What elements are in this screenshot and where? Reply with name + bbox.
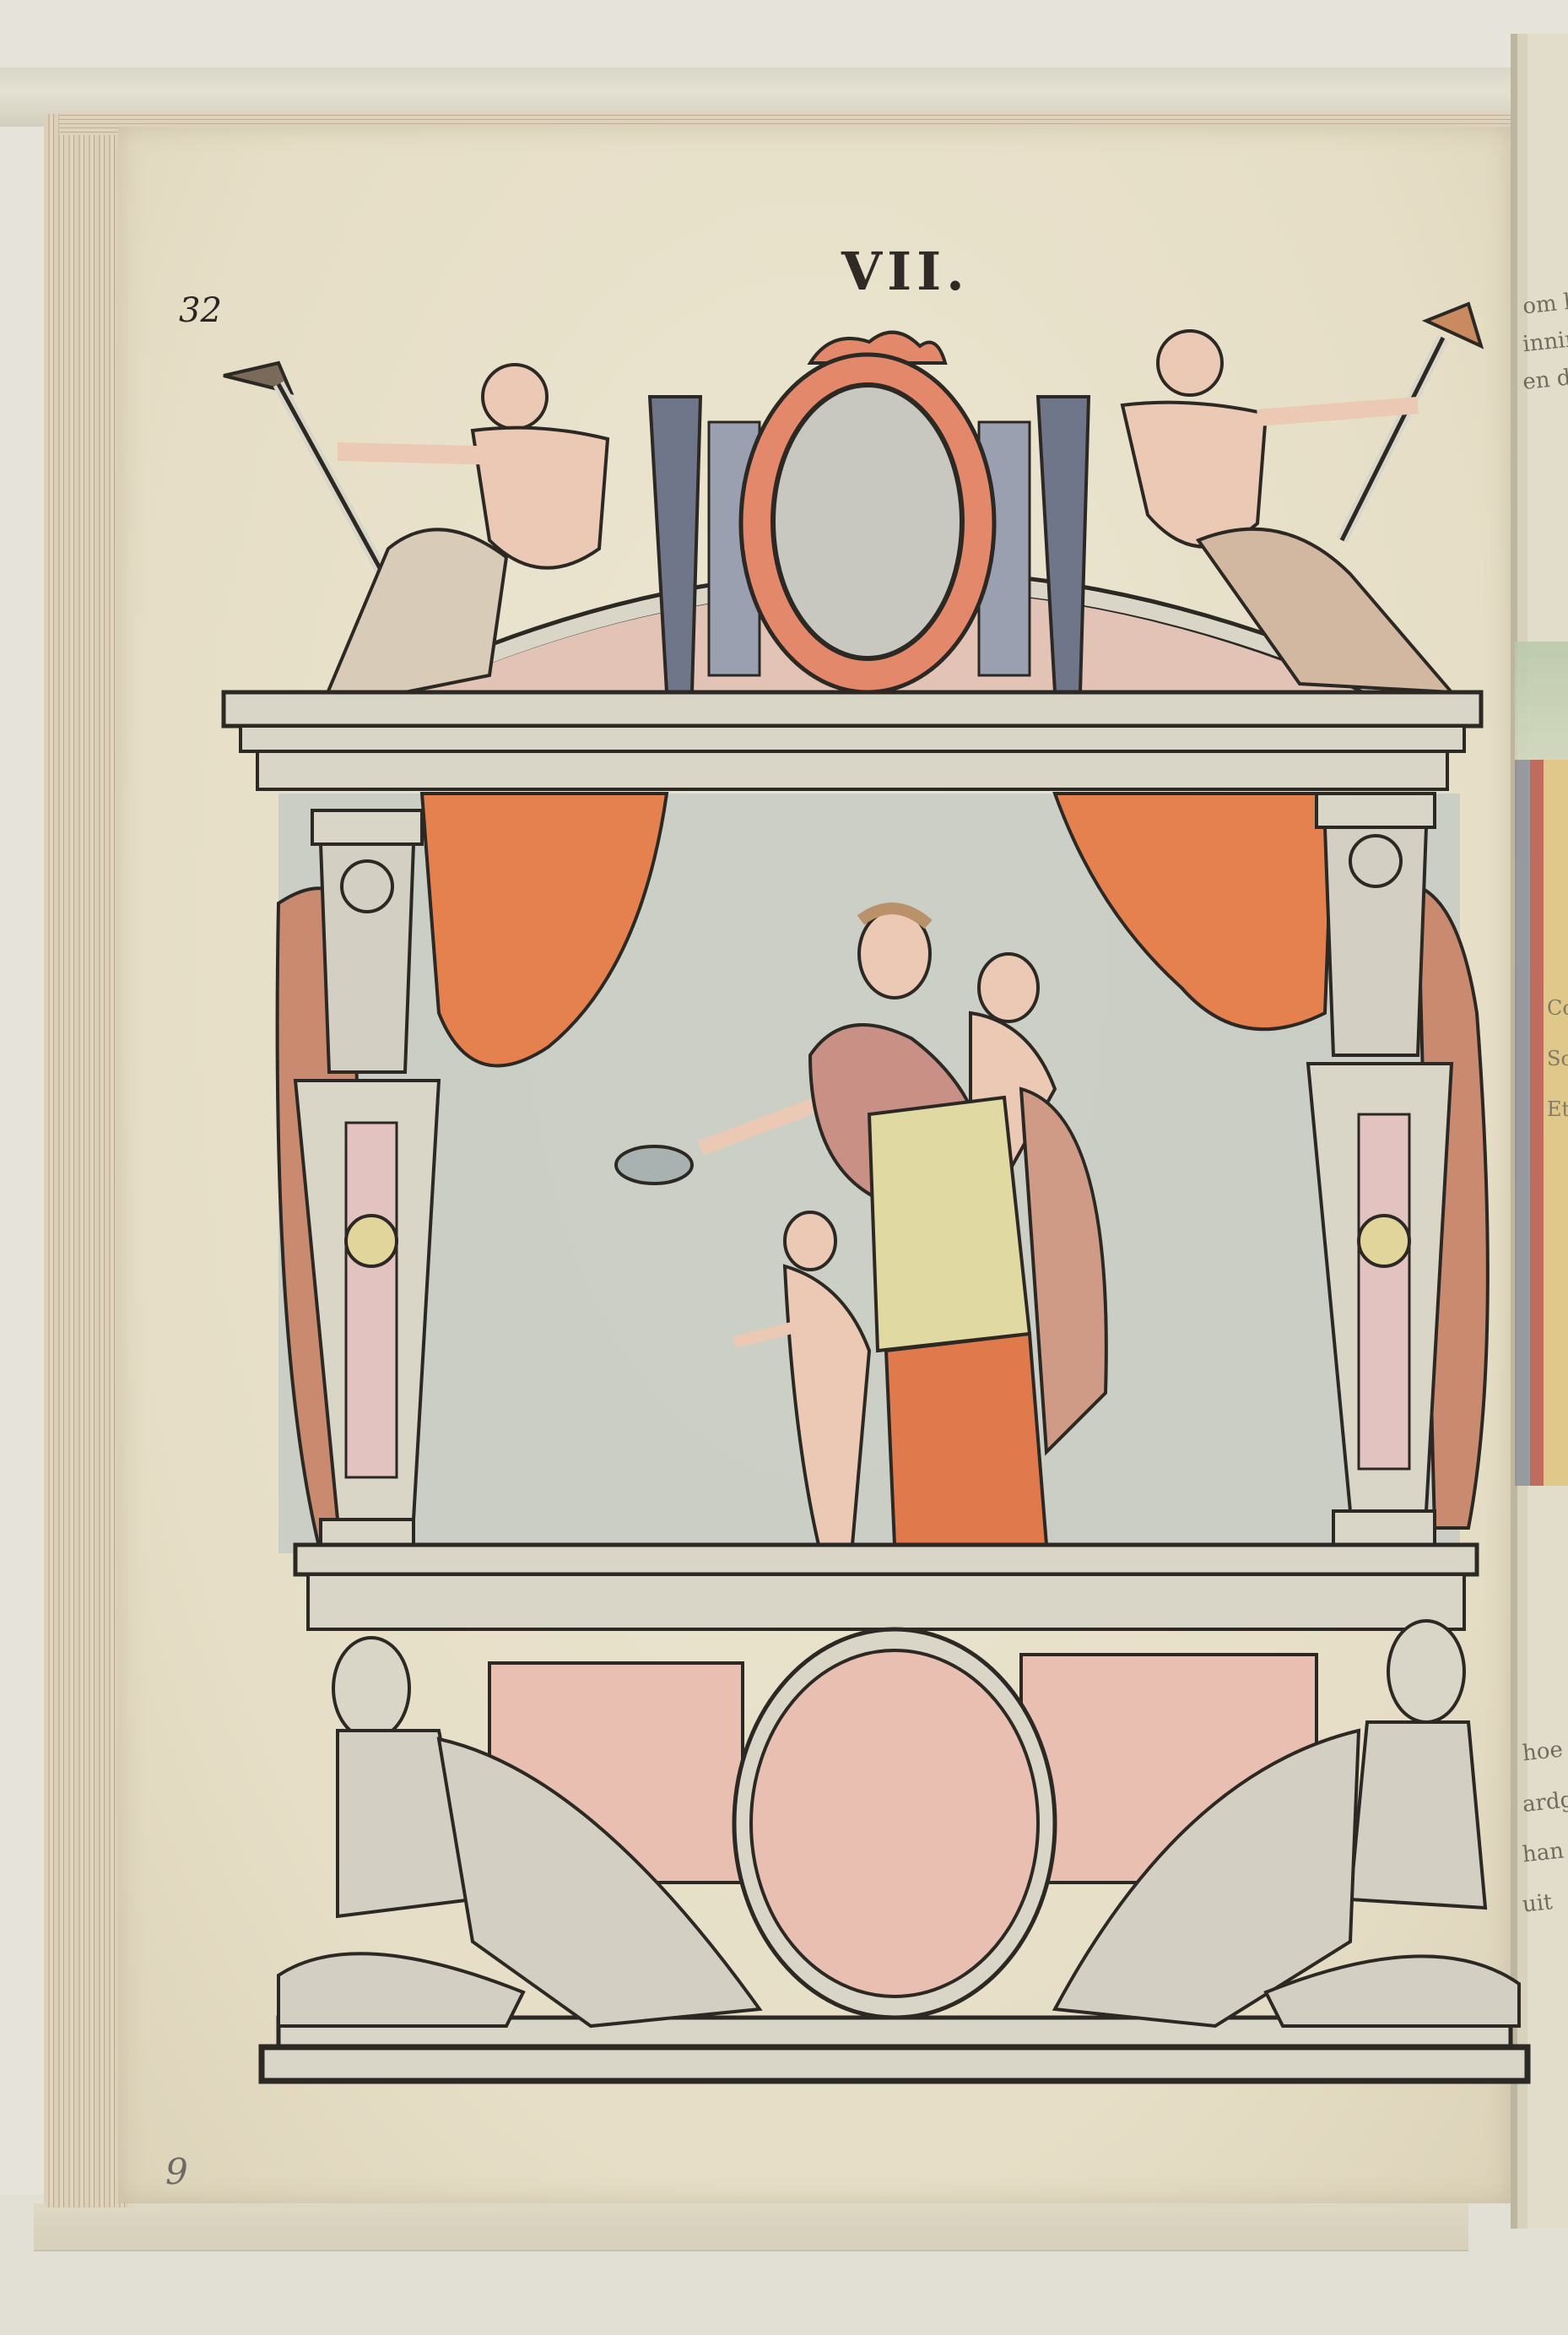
bowl-icon bbox=[616, 1146, 692, 1184]
torch-icon bbox=[1426, 304, 1481, 346]
lion-mask-icon bbox=[346, 1216, 397, 1266]
marble-roundel bbox=[751, 1650, 1038, 1996]
lion-mask-icon bbox=[1359, 1216, 1409, 1266]
floor-ledge bbox=[295, 1545, 1477, 1629]
entablature bbox=[224, 692, 1481, 789]
woodcut-illustration bbox=[0, 0, 1568, 2335]
